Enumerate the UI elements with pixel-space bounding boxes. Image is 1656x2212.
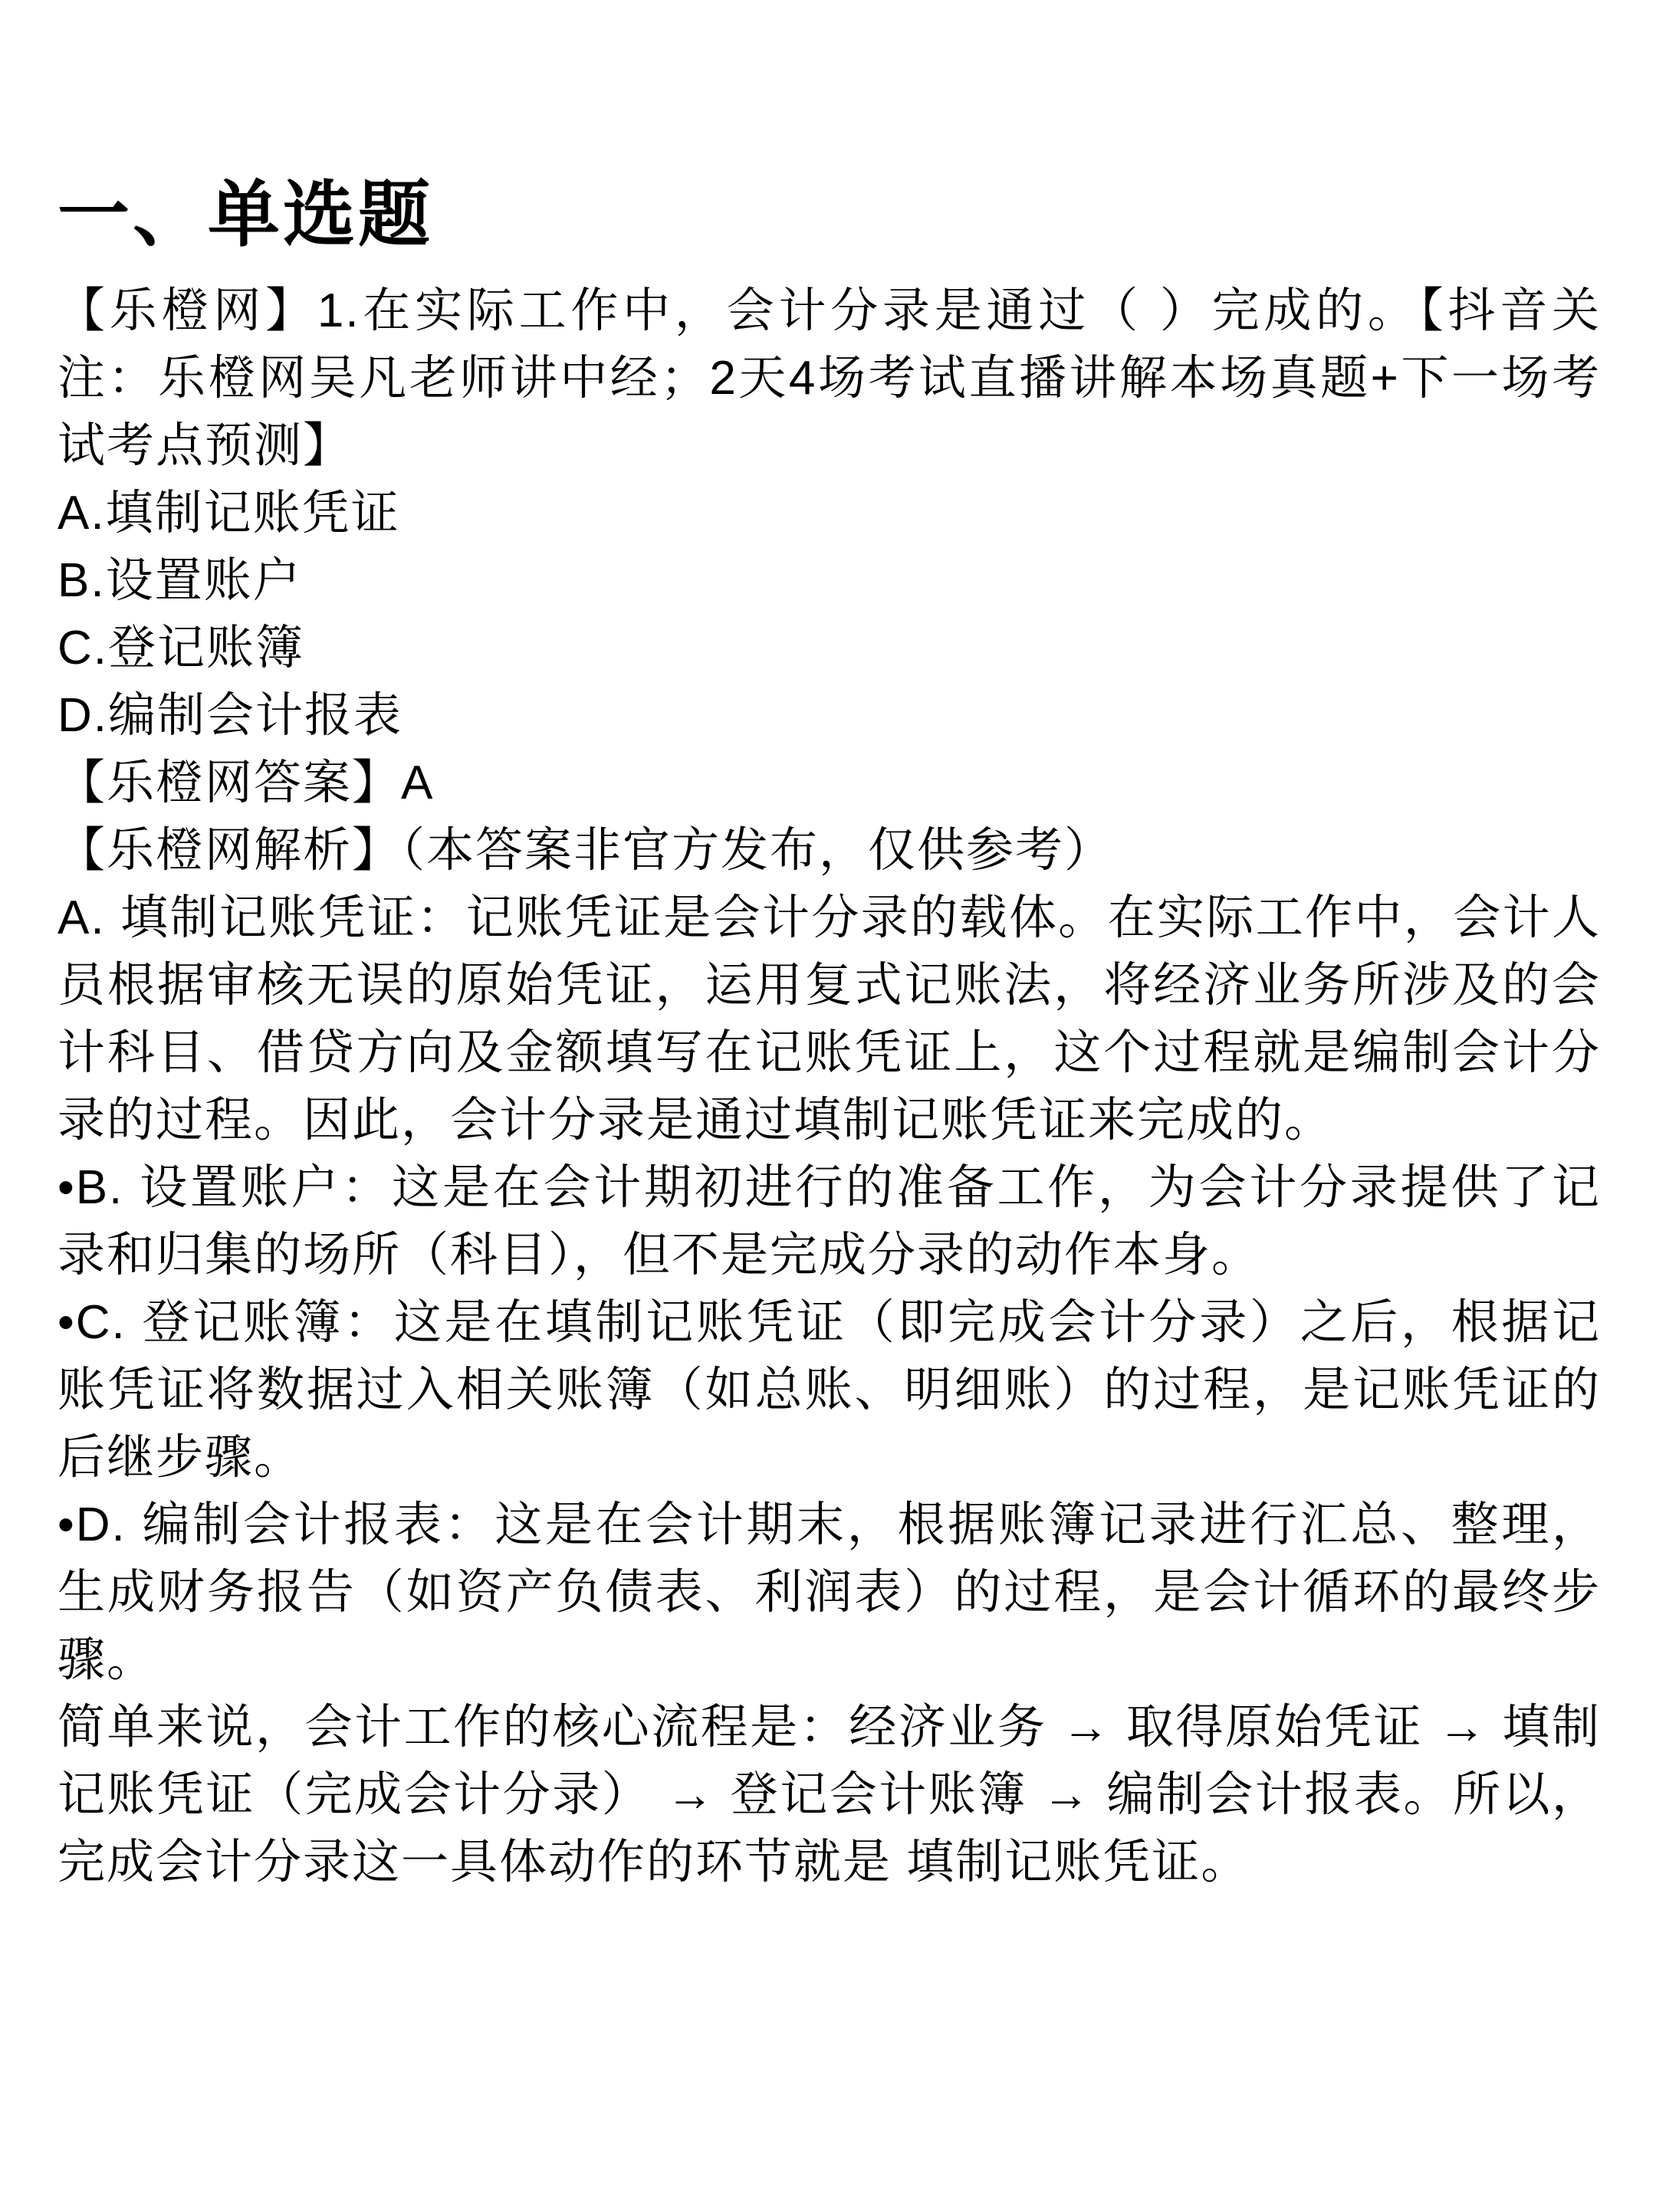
analysis-option-c: •C. 登记账簿：这是在填制记账凭证（即完成会计分录）之后，根据记账凭证将数据过… <box>58 1289 1601 1492</box>
option-a: A.填制记账凭证 <box>58 480 1601 547</box>
answer-line: 【乐橙网答案】A <box>58 750 1601 817</box>
analysis-header: 【乐橙网解析】（本答案非官方发布，仅供参考） <box>58 817 1601 884</box>
option-b: B.设置账户 <box>58 547 1601 615</box>
document-page: 一、单选题 【乐橙网】1.在实际工作中，会计分录是通过（ ）完成的。【抖音关注：… <box>0 0 1656 2212</box>
analysis-option-b: •B. 设置账户：这是在会计期初进行的准备工作，为会计分录提供了记录和归集的场所… <box>58 1154 1601 1289</box>
document-content: 一、单选题 【乐橙网】1.在实际工作中，会计分录是通过（ ）完成的。【抖音关注：… <box>58 172 1601 1896</box>
analysis-option-a: A. 填制记账凭证：记账凭证是会计分录的载体。在实际工作中，会计人员根据审核无误… <box>58 884 1601 1154</box>
option-d: D.编制会计报表 <box>58 682 1601 750</box>
question-text: 【乐橙网】1.在实际工作中，会计分录是通过（ ）完成的。【抖音关注：乐橙网吴凡老… <box>58 277 1601 480</box>
analysis-option-d: •D. 编制会计报表：这是在会计期末，根据账簿记录进行汇总、整理，生成财务报告（… <box>58 1492 1601 1694</box>
section-title: 一、单选题 <box>58 172 1601 257</box>
question-block: 【乐橙网】1.在实际工作中，会计分录是通过（ ）完成的。【抖音关注：乐橙网吴凡老… <box>58 277 1601 1896</box>
option-c: C.登记账簿 <box>58 615 1601 682</box>
analysis-summary: 简单来说，会计工作的核心流程是：经济业务 → 取得原始凭证 → 填制记账凭证（完… <box>58 1694 1601 1896</box>
